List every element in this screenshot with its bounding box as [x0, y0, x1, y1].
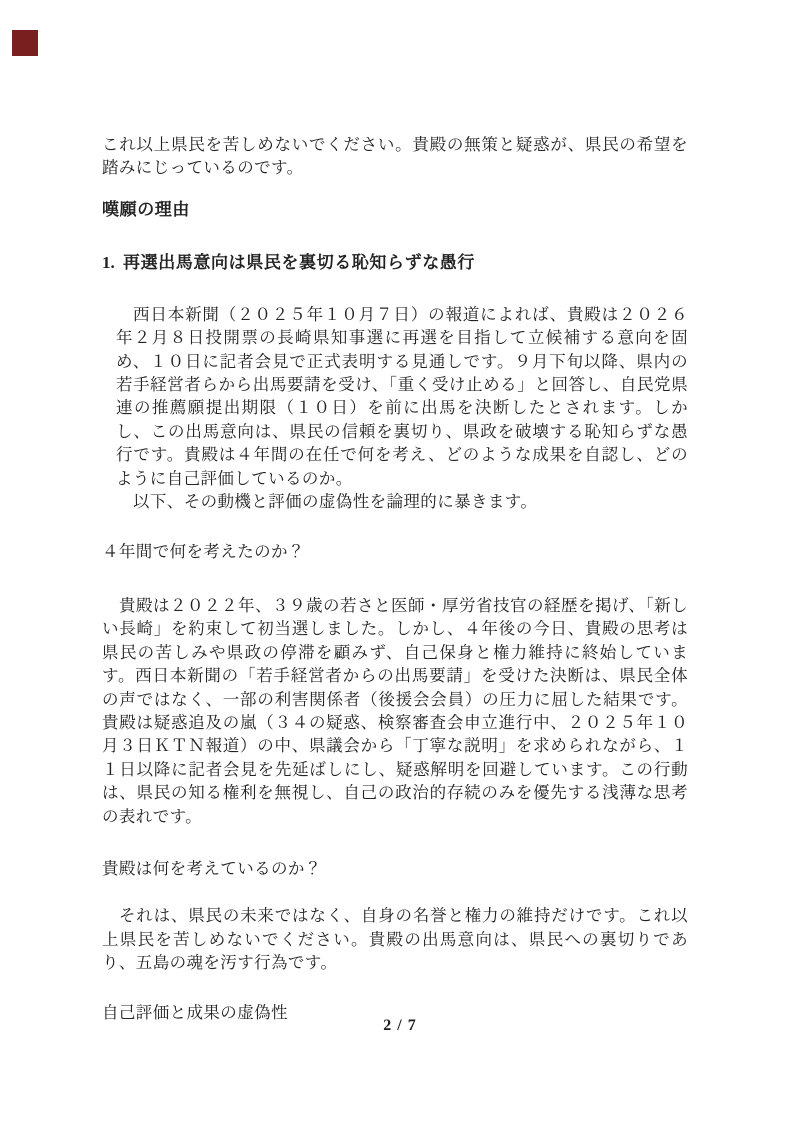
subsection-q1-heading: ４年間で何を考えたのか？ — [102, 540, 688, 563]
item1-title: 再選出馬意向は県民を裏切る恥知らずな愚行 — [123, 251, 475, 275]
subsection-q2-paragraph: それは、県民の未来ではなく、自身の名誉と権力の維持だけです。これ以上県民を苦しめ… — [102, 904, 688, 974]
page-number: 2 / 7 — [0, 1014, 800, 1037]
item1-body: 西日本新聞（２０２５年１０月７日）の報道によれば、貴殿は２０２６年２月８日投開票… — [116, 303, 688, 514]
reasons-heading: 嘆願の理由 — [102, 198, 688, 222]
item1-paragraph-1: 西日本新聞（２０２５年１０月７日）の報道によれば、貴殿は２０２６年２月８日投開票… — [116, 303, 688, 490]
opening-paragraph: これ以上県民を苦しめないでください。貴殿の無策と疑惑が、県民の希望を踏みにじって… — [102, 133, 688, 180]
item1-heading: 1. 再選出馬意向は県民を裏切る恥知らずな愚行 — [102, 251, 688, 275]
page-corner-mark — [12, 30, 38, 56]
document-page: これ以上県民を苦しめないでください。貴殿の無策と疑惑が、県民の希望を踏みにじって… — [0, 0, 800, 1131]
item1-paragraph-2: 以下、その動機と評価の虚偽性を論理的に暴きます。 — [116, 490, 688, 513]
item1-number: 1. — [102, 251, 123, 275]
subsection-q2-heading: 貴殿は何を考えているのか？ — [102, 857, 688, 880]
subsection-q1-paragraph: 貴殿は２０２２年、３９歳の若さと医師・厚労省技官の経歴を掲げ、「新しい長崎」を約… — [102, 594, 688, 828]
